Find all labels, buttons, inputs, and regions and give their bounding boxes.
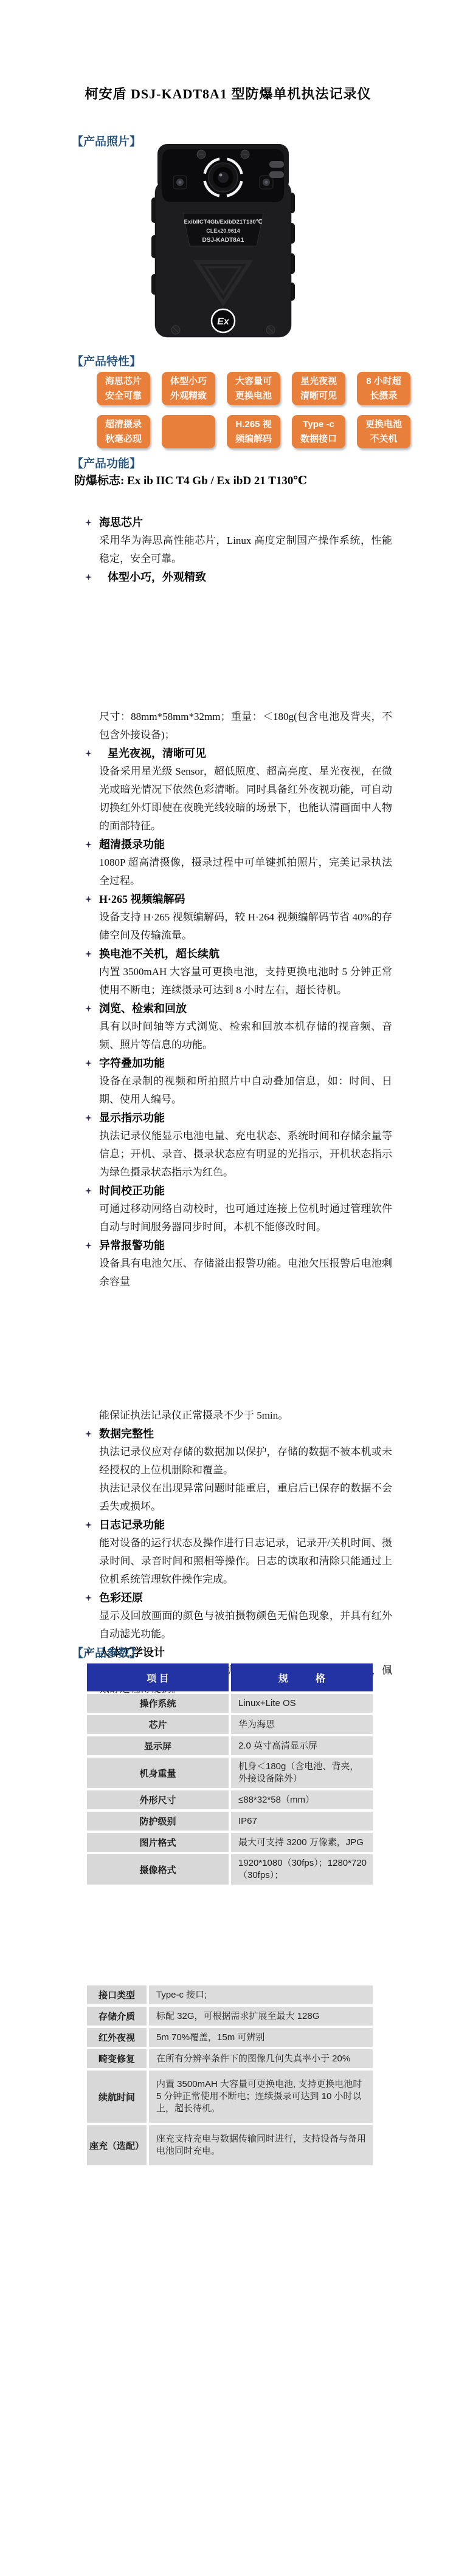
page-title: 柯安盾 DSJ-KADT8A1 型防爆单机执法记录仪 — [0, 84, 456, 103]
feature-badge-blank — [162, 415, 215, 448]
feature-body: 采用华为海思高性能芯片，Linux 高度定制国产操作系统，性能稳定，安全可靠。 — [99, 532, 392, 568]
marking-text-2: CLEx20.9614 — [206, 228, 240, 234]
feature-body: 执法记录仪能显示电池电量、充电状态、系统时间和存储余量等信息；开机、录音、摄录状… — [99, 1127, 392, 1182]
feature-badge: 星光夜视清晰可见 — [292, 372, 345, 405]
feature-heading: 异常报警功能 — [85, 1236, 392, 1255]
feature-list: 海思芯片 采用华为海思高性能芯片，Linux 高度定制国产操作系统，性能稳定，安… — [85, 513, 392, 1698]
star-bullet-icon — [85, 519, 92, 526]
feature-body: 显示及回放画面的颜色与被拍摄物颜色无偏色现象，并具有红外自动滤光功能。 — [99, 1607, 392, 1643]
spec-table-main: 项 目 规格 操作系统Linux+Lite OS 芯片华为海思 显示屏2.0 英… — [85, 1661, 375, 1887]
star-bullet-icon — [85, 1595, 92, 1601]
feature-body: 能对设备的运行状态及操作进行日志记录，记录开/关机时间、摄录时间、录音时间和照相… — [99, 1534, 392, 1589]
table-row: 图片格式最大可支持 3200 万像素，JPG — [87, 1833, 373, 1852]
svg-text:Ex: Ex — [217, 317, 230, 327]
marking-text-1: ExibIICT4Gb/ExibD21T130℃ — [184, 219, 263, 225]
ex-badge-icon: Ex — [212, 309, 235, 332]
col-header-spec: 规格 — [231, 1663, 373, 1691]
table-row: 续航时间内置 3500mAH 大容量可更换电池, 支持更换电池时 5 分钟正常使… — [87, 2071, 373, 2123]
star-bullet-icon — [85, 1115, 92, 1122]
feature-badge: 大容量可更换电池 — [227, 372, 280, 405]
feature-heading: H·265 视频编解码 — [85, 890, 392, 908]
star-bullet-icon — [85, 1005, 92, 1012]
star-bullet-icon — [85, 1242, 92, 1249]
feature-heading: 换电池不关机，超长续航 — [85, 945, 392, 963]
feature-body: 执法记录仪应对存储的数据加以保护，存储的数据不被本机或未经授权的上位机删除和覆盖… — [99, 1443, 392, 1479]
feature-heading: 星光夜视，清晰可见 — [85, 744, 392, 762]
marking-plate: ExibIICT4Gb/ExibD21T130℃ CLEx20.9614 DSJ… — [183, 213, 263, 246]
feature-body: 具有以时间轴等方式浏览、检索和回放本机存储的视音频、音频、照片等信息的功能。 — [99, 1018, 392, 1054]
star-bullet-icon — [85, 896, 92, 903]
star-bullet-icon — [85, 1188, 92, 1194]
camera-lens-icon — [204, 159, 242, 196]
feature-body: 设备采用星光级 Sensor，超低照度、超高亮度、星光夜视，在微光或暗光情况下依… — [99, 762, 392, 835]
product-photo: ExibIICT4Gb/ExibD21T130℃ CLEx20.9614 DSJ… — [150, 144, 296, 342]
table-header-row: 项 目 规格 — [87, 1663, 373, 1691]
marking-text-3: DSJ-KADT8A1 — [202, 237, 244, 244]
feature-heading: 体型小巧，外观精致 — [85, 568, 392, 586]
table-row: 接口类型Type-c 接口; — [87, 1985, 373, 2004]
section-label-features: 【产品特性】 — [72, 352, 141, 369]
table-row: 存储介质标配 32G，可根据需求扩展至最大 128G — [87, 2007, 373, 2026]
table-row: 摄像格式1920*1080（30fps）；1280*720（30fps）； — [87, 1854, 373, 1885]
table-row: 显示屏2.0 英寸高清显示屏 — [87, 1736, 373, 1755]
feature-badge: 海思芯片安全可靠 — [97, 372, 150, 405]
table-row: 红外夜视5m 70%覆盖，15m 可辨别 — [87, 2028, 373, 2047]
feature-badge: H.265 视频编解码 — [227, 415, 280, 448]
feature-heading: 色彩还原 — [85, 1589, 392, 1607]
body-camera-illustration: ExibIICT4Gb/ExibD21T130℃ CLEx20.9614 DSJ… — [150, 144, 296, 342]
star-bullet-icon — [85, 1522, 92, 1529]
feature-badge: 更换电池不关机 — [357, 415, 410, 448]
table-row: 外形尺寸≤88*32*58（mm） — [87, 1790, 373, 1809]
page-break-gap — [85, 1291, 392, 1406]
feature-heading: 浏览、检索和回放 — [85, 999, 392, 1018]
feature-badge: Type -c数据接口 — [292, 415, 345, 448]
page-break-gap — [85, 586, 392, 708]
section-label-params: 【产品参数】 — [72, 1644, 141, 1660]
star-bullet-icon — [85, 841, 92, 848]
feature-body: 设备支持 H·265 视频编解码，较 H·264 视频编解码节省 40%的存储空… — [99, 908, 392, 945]
table-row: 机身重量机身＜180g（含电池、背夹，外接设备除外） — [87, 1758, 373, 1788]
spec-table-continued: 接口类型Type-c 接口; 存储介质标配 32G，可根据需求扩展至最大 128… — [85, 1983, 375, 2168]
table-row: 芯片华为海思 — [87, 1715, 373, 1734]
section-label-functions: 【产品功能】 — [72, 454, 141, 471]
star-bullet-icon — [85, 1060, 92, 1067]
feature-body: 尺寸：88mm*58mm*32mm；重量：＜180g(包含电池及背夹，不包含外接… — [99, 708, 392, 744]
feature-heading: 显示指示功能 — [85, 1109, 392, 1127]
col-header-item: 项 目 — [87, 1663, 229, 1691]
explosion-proof-marking: 防爆标志: Ex ib IIC T4 Gb / Ex ibD 21 T130℃ — [74, 471, 307, 488]
feature-heading: 海思芯片 — [85, 513, 392, 532]
feature-heading: 日志记录功能 — [85, 1516, 392, 1534]
feature-body: 设备具有电池欠压、存储溢出报警功能。电池欠压报警后电池剩余容量 — [99, 1255, 392, 1291]
star-bullet-icon — [85, 574, 92, 581]
feature-body: 设备在录制的视频和所拍照片中自动叠加信息，如：时间、日期、使用人编号。 — [99, 1072, 392, 1109]
feature-body: 内置 3500mAH 大容量可更换电池，支持更换电池时 5 分钟正常使用不断电；… — [99, 963, 392, 999]
feature-heading: 字符叠加功能 — [85, 1054, 392, 1072]
star-bullet-icon — [85, 750, 92, 757]
feature-body: 能保证执法记录仪正常摄录不少于 5min。 — [99, 1406, 392, 1425]
feature-badge: 8 小时超长摄录 — [357, 372, 410, 405]
feature-badge: 体型小巧外观精致 — [162, 372, 215, 405]
table-row: 畸变修复在所有分辨率条件下的图像几何失真率小于 20% — [87, 2049, 373, 2068]
feature-body: 执法记录仪在出现异常问题时能重启，重启后已保存的数据不会丢失或损坏。 — [99, 1479, 392, 1516]
product-spec-page: 柯安盾 DSJ-KADT8A1 型防爆单机执法记录仪 【产品照片】 — [0, 0, 456, 2576]
feature-badges: 海思芯片安全可靠 体型小巧外观精致 大容量可更换电池 星光夜视清晰可见 8 小时… — [97, 372, 413, 448]
star-bullet-icon — [85, 951, 92, 957]
table-row: 操作系统Linux+Lite OS — [87, 1694, 373, 1713]
feature-heading: 超清摄录功能 — [85, 835, 392, 854]
section-label-photo: 【产品照片】 — [72, 132, 141, 149]
feature-heading: 时间校正功能 — [85, 1182, 392, 1200]
table-row: 座充（选配）座充支持充电与数据传输同时进行，支持设备与备用电池同时充电。 — [87, 2125, 373, 2165]
star-bullet-icon — [85, 1431, 92, 1437]
table-row: 防护级别IP67 — [87, 1812, 373, 1831]
feature-body: 可通过移动网络自动校时，也可通过连接上位机时通过管理软件自动与时间服务器同步时间… — [99, 1200, 392, 1236]
feature-badge: 超清摄录秋毫必现 — [97, 415, 150, 448]
feature-heading: 数据完整性 — [85, 1425, 392, 1443]
feature-body: 1080P 超高清摄像，摄录过程中可单键抓拍照片，完美记录执法全过程。 — [99, 854, 392, 890]
